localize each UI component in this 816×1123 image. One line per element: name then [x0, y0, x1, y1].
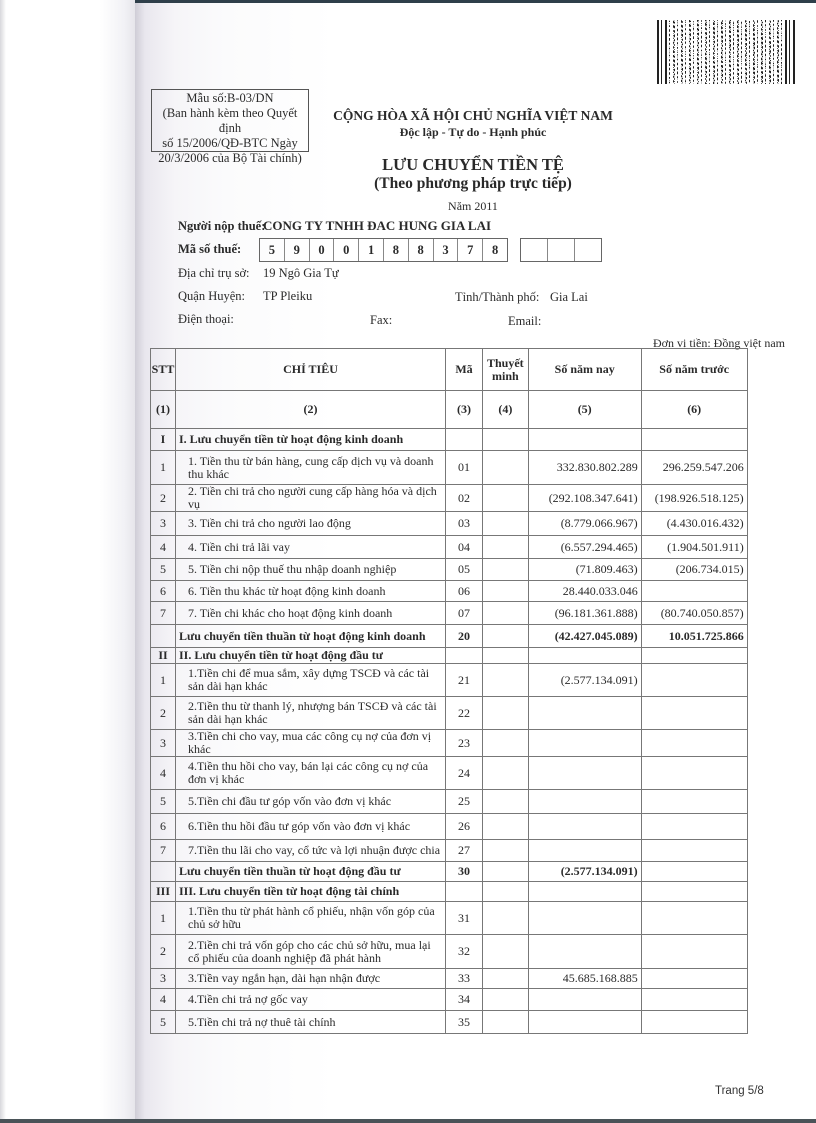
district-label: Quận Huyện: [178, 289, 245, 304]
taxpayer-label: Người nộp thuế: [178, 219, 265, 234]
row-current-year: (6.557.294.465) [528, 536, 641, 559]
table-row: 66. Tiền thu khác từ hoạt động kinh doan… [151, 581, 748, 602]
col-number-3: (3) [446, 391, 483, 429]
taxpayer-name: CONG TY TNHH ĐAC HUNG GIA LAI [263, 218, 491, 234]
row-current-year [528, 697, 641, 730]
row-code: 27 [446, 840, 483, 862]
republic-name: CỘNG HÒA XÃ HỘI CHỦ NGHĨA VIỆT NAM [318, 108, 628, 124]
row-note [483, 989, 529, 1011]
row-current-year [528, 882, 641, 902]
row-note [483, 451, 529, 485]
col-number-1: (1) [151, 391, 176, 429]
row-note [483, 730, 529, 757]
table-row: 22.Tiền chi trả vốn góp cho các chủ sở h… [151, 935, 748, 969]
table-row: 44. Tiền chi trả lãi vay04(6.557.294.465… [151, 536, 748, 559]
row-current-year: 28.440.033.046 [528, 581, 641, 602]
col-number-6: (6) [641, 391, 747, 429]
row-current-year [528, 648, 641, 664]
row-indicator: 6.Tiền thu hồi đầu tư góp vốn vào đơn vị… [176, 814, 446, 840]
row-code: 01 [446, 451, 483, 485]
email-label: Email: [508, 314, 541, 329]
row-indicator: 1. Tiền thu từ bán hàng, cung cấp dịch v… [176, 451, 446, 485]
tax-code-digit: 8 [483, 239, 507, 261]
document-year: Năm 2011 [318, 199, 628, 214]
row-previous-year [641, 814, 747, 840]
row-code: 20 [446, 625, 483, 648]
table-row: 11. Tiền thu từ bán hàng, cung cấp dịch … [151, 451, 748, 485]
row-current-year: (96.181.361.888) [528, 602, 641, 625]
row-code: 23 [446, 730, 483, 757]
national-header: CỘNG HÒA XÃ HỘI CHỦ NGHĨA VIỆT NAM Độc l… [318, 108, 628, 140]
row-current-year: (292.108.347.641) [528, 485, 641, 512]
row-current-year: 332.830.802.289 [528, 451, 641, 485]
row-note [483, 1011, 529, 1034]
row-previous-year: 10.051.725.866 [641, 625, 747, 648]
table-row: 11.Tiền thu từ phát hành cổ phiếu, nhận … [151, 902, 748, 935]
row-previous-year [641, 730, 747, 757]
table-row: 22. Tiền chi trả cho người cung cấp hàng… [151, 485, 748, 512]
row-note [483, 512, 529, 536]
row-indicator: 1.Tiền chi để mua sắm, xây dựng TSCĐ và … [176, 664, 446, 697]
row-previous-year [641, 935, 747, 969]
row-note [483, 429, 529, 451]
row-previous-year [641, 902, 747, 935]
row-current-year [528, 790, 641, 814]
subtotal-row: Lưu chuyển tiền thuần từ hoạt động đầu t… [151, 862, 748, 882]
2d-barcode [657, 20, 797, 84]
row-note [483, 536, 529, 559]
row-current-year [528, 902, 641, 935]
row-indicator: 4.Tiền chi trả nợ gốc vay [176, 989, 446, 1011]
row-stt: 5 [151, 1011, 176, 1034]
row-note [483, 902, 529, 935]
table-row: 77.Tiền thu lãi cho vay, cổ tức và lợi n… [151, 840, 748, 862]
row-current-year: (42.427.045.089) [528, 625, 641, 648]
row-current-year: (8.779.066.967) [528, 512, 641, 536]
row-indicator: 3. Tiền chi trả cho người lao động [176, 512, 446, 536]
tax-code-digit: 9 [285, 239, 310, 261]
row-note [483, 664, 529, 697]
header-indicator: CHỈ TIÊU [176, 349, 446, 391]
form-decision-line: (Ban hành kèm theo Quyết định [152, 106, 308, 136]
row-stt: 1 [151, 451, 176, 485]
row-code: 04 [446, 536, 483, 559]
phone-label: Điện thoại: [178, 312, 234, 327]
row-indicator: Lưu chuyển tiền thuần từ hoạt động kinh … [176, 625, 446, 648]
table-row: 33. Tiền chi trả cho người lao động03(8.… [151, 512, 748, 536]
republic-motto: Độc lập - Tự do - Hạnh phúc [318, 125, 628, 140]
row-code: 26 [446, 814, 483, 840]
row-stt: 6 [151, 814, 176, 840]
row-stt: 1 [151, 902, 176, 935]
table-column-number-row: (1) (2) (3) (4) (5) (6) [151, 391, 748, 429]
form-code: Mẫu số:B-03/DN [152, 91, 308, 106]
row-stt: 6 [151, 581, 176, 602]
row-code [446, 648, 483, 664]
table-row: 77. Tiền chi khác cho hoạt động kinh doa… [151, 602, 748, 625]
row-indicator: 2. Tiền chi trả cho người cung cấp hàng … [176, 485, 446, 512]
document-title: LƯU CHUYỂN TIỀN TỆ [318, 155, 628, 175]
row-current-year [528, 1011, 641, 1034]
row-current-year [528, 814, 641, 840]
row-previous-year [641, 581, 747, 602]
row-current-year: (2.577.134.091) [528, 862, 641, 882]
row-code: 35 [446, 1011, 483, 1034]
tax-code-digit: 8 [384, 239, 409, 261]
address-label: Địa chỉ trụ sở: [178, 266, 250, 281]
form-decision-date: 20/3/2006 của Bộ Tài chính) [152, 151, 308, 166]
row-previous-year [641, 840, 747, 862]
row-stt: 2 [151, 935, 176, 969]
row-code: 32 [446, 935, 483, 969]
row-indicator: 5. Tiền chi nộp thuế thu nhập doanh nghi… [176, 559, 446, 581]
tax-code-cells: 5900188378 [259, 238, 508, 262]
row-previous-year: 296.259.547.206 [641, 451, 747, 485]
scan-bottom-edge [0, 1119, 816, 1123]
row-current-year [528, 757, 641, 790]
row-code: 34 [446, 989, 483, 1011]
row-stt: 3 [151, 730, 176, 757]
cash-flow-table: STT CHỈ TIÊU Mã Thuyết minh Số năm nay S… [150, 348, 748, 1034]
row-current-year [528, 935, 641, 969]
section-row: IIIIII. Lưu chuyển tiền từ hoạt động tài… [151, 882, 748, 902]
header-stt: STT [151, 349, 176, 391]
row-indicator: II. Lưu chuyển tiền từ hoạt động đầu tư [176, 648, 446, 664]
table-row: 55. Tiền chi nộp thuế thu nhập doanh ngh… [151, 559, 748, 581]
row-indicator: 2.Tiền chi trả vốn góp cho các chủ sở hữ… [176, 935, 446, 969]
row-code: 24 [446, 757, 483, 790]
row-indicator: 3.Tiền vay ngắn hạn, dài hạn nhận được [176, 969, 446, 989]
row-current-year [528, 429, 641, 451]
form-reference-box: Mẫu số:B-03/DN (Ban hành kèm theo Quyết … [151, 89, 309, 152]
row-previous-year [641, 989, 747, 1011]
row-previous-year: (80.740.050.857) [641, 602, 747, 625]
row-code: 22 [446, 697, 483, 730]
table-row: 11.Tiền chi để mua sắm, xây dựng TSCĐ và… [151, 664, 748, 697]
row-code: 06 [446, 581, 483, 602]
row-stt: 2 [151, 697, 176, 730]
fax-label: Fax: [370, 313, 392, 328]
row-previous-year [641, 757, 747, 790]
subtotal-row: Lưu chuyển tiền thuần từ hoạt động kinh … [151, 625, 748, 648]
tax-code-digit: 0 [310, 239, 335, 261]
row-note [483, 602, 529, 625]
section-row: II. Lưu chuyển tiền từ hoạt động kinh do… [151, 429, 748, 451]
header-code: Mã [446, 349, 483, 391]
row-stt: III [151, 882, 176, 902]
row-stt: 3 [151, 969, 176, 989]
header-note: Thuyết minh [483, 349, 529, 391]
row-indicator: 4.Tiền thu hồi cho vay, bán lại các công… [176, 757, 446, 790]
row-code [446, 882, 483, 902]
col-number-4: (4) [483, 391, 529, 429]
table-row: 55.Tiền chi đầu tư góp vốn vào đơn vị kh… [151, 790, 748, 814]
col-number-2: (2) [176, 391, 446, 429]
table-row: 44.Tiền chi trả nợ gốc vay34 [151, 989, 748, 1011]
row-stt: 4 [151, 989, 176, 1011]
row-previous-year [641, 664, 747, 697]
row-stt: 4 [151, 536, 176, 559]
row-current-year: 45.685.168.885 [528, 969, 641, 989]
table-row: 33.Tiền chi cho vay, mua các công cụ nợ … [151, 730, 748, 757]
row-current-year [528, 989, 641, 1011]
row-stt: 3 [151, 512, 176, 536]
row-stt: II [151, 648, 176, 664]
row-previous-year [641, 790, 747, 814]
document-title-block: LƯU CHUYỂN TIỀN TỆ (Theo phương pháp trự… [318, 155, 628, 214]
row-stt: I [151, 429, 176, 451]
row-stt: 1 [151, 664, 176, 697]
tax-code-digit: 1 [359, 239, 384, 261]
row-previous-year: (198.926.518.125) [641, 485, 747, 512]
row-indicator: I. Lưu chuyển tiền từ hoạt động kinh doa… [176, 429, 446, 451]
row-previous-year [641, 1011, 747, 1034]
row-previous-year [641, 648, 747, 664]
row-note [483, 790, 529, 814]
row-stt: 2 [151, 485, 176, 512]
row-indicator: Lưu chuyển tiền thuần từ hoạt động đầu t… [176, 862, 446, 882]
col-number-5: (5) [528, 391, 641, 429]
page-number: Trang 5/8 [715, 1085, 764, 1097]
row-code: 05 [446, 559, 483, 581]
province-value: Gia Lai [550, 290, 588, 305]
row-code: 03 [446, 512, 483, 536]
header-current-year: Số năm nay [528, 349, 641, 391]
adjacent-page-edge [0, 0, 135, 1123]
address-value: 19 Ngô Gia Tự [263, 266, 339, 281]
row-note [483, 559, 529, 581]
row-stt [151, 862, 176, 882]
row-note [483, 648, 529, 664]
row-note [483, 882, 529, 902]
row-code: 25 [446, 790, 483, 814]
row-note [483, 935, 529, 969]
tax-code-digit: 8 [409, 239, 434, 261]
row-note [483, 814, 529, 840]
row-current-year [528, 730, 641, 757]
row-code: 21 [446, 664, 483, 697]
row-code: 30 [446, 862, 483, 882]
row-indicator: 2.Tiền thu từ thanh lý, nhượng bán TSCĐ … [176, 697, 446, 730]
header-previous-year: Số năm trước [641, 349, 747, 391]
row-indicator: 4. Tiền chi trả lãi vay [176, 536, 446, 559]
row-stt: 5 [151, 790, 176, 814]
row-indicator: III. Lưu chuyển tiền từ hoạt động tài ch… [176, 882, 446, 902]
row-note [483, 697, 529, 730]
row-note [483, 581, 529, 602]
row-indicator: 5.Tiền chi đầu tư góp vốn vào đơn vị khá… [176, 790, 446, 814]
row-current-year: (2.577.134.091) [528, 664, 641, 697]
row-code: 31 [446, 902, 483, 935]
row-previous-year [641, 429, 747, 451]
row-note [483, 485, 529, 512]
row-previous-year: (1.904.501.911) [641, 536, 747, 559]
row-stt: 5 [151, 559, 176, 581]
tax-code-label: Mã số thuế: [178, 242, 241, 257]
district-value: TP Pleiku [263, 289, 312, 304]
row-previous-year [641, 882, 747, 902]
table-row: 44.Tiền thu hồi cho vay, bán lại các côn… [151, 757, 748, 790]
row-code: 33 [446, 969, 483, 989]
row-indicator: 7.Tiền thu lãi cho vay, cổ tức và lợi nh… [176, 840, 446, 862]
row-previous-year [641, 969, 747, 989]
table-row: 55.Tiền chi trả nợ thuê tài chính35 [151, 1011, 748, 1034]
row-indicator: 7. Tiền chi khác cho hoạt động kinh doan… [176, 602, 446, 625]
row-indicator: 3.Tiền chi cho vay, mua các công cụ nợ c… [176, 730, 446, 757]
row-current-year: (71.809.463) [528, 559, 641, 581]
row-indicator: 5.Tiền chi trả nợ thuê tài chính [176, 1011, 446, 1034]
table-row: 66.Tiền thu hồi đầu tư góp vốn vào đơn v… [151, 814, 748, 840]
tax-code-digit: 7 [458, 239, 483, 261]
row-stt: 7 [151, 840, 176, 862]
row-indicator: 6. Tiền thu khác từ hoạt động kinh doanh [176, 581, 446, 602]
row-indicator: 1.Tiền thu từ phát hành cổ phiếu, nhận v… [176, 902, 446, 935]
row-code: 02 [446, 485, 483, 512]
table-row: 33.Tiền vay ngắn hạn, dài hạn nhận được3… [151, 969, 748, 989]
row-previous-year [641, 697, 747, 730]
row-note [483, 969, 529, 989]
tax-code-branch-cells [520, 238, 602, 262]
tax-code-digit: 3 [434, 239, 459, 261]
row-stt: 7 [151, 602, 176, 625]
row-previous-year [641, 862, 747, 882]
row-previous-year: (4.430.016.432) [641, 512, 747, 536]
row-note [483, 625, 529, 648]
row-code: 07 [446, 602, 483, 625]
row-note [483, 840, 529, 862]
row-stt: 4 [151, 757, 176, 790]
row-stt [151, 625, 176, 648]
section-row: IIII. Lưu chuyển tiền từ hoạt động đầu t… [151, 648, 748, 664]
table-row: 22.Tiền thu từ thanh lý, nhượng bán TSCĐ… [151, 697, 748, 730]
row-current-year [528, 840, 641, 862]
row-note [483, 862, 529, 882]
province-label: Tỉnh/Thành phố: [455, 290, 539, 305]
table-header-row: STT CHỈ TIÊU Mã Thuyết minh Số năm nay S… [151, 349, 748, 391]
row-previous-year: (206.734.015) [641, 559, 747, 581]
row-note [483, 757, 529, 790]
tax-code-digit: 0 [334, 239, 359, 261]
form-decision-number: số 15/2006/QĐ-BTC Ngày [152, 136, 308, 151]
document-subtitle: (Theo phương pháp trực tiếp) [318, 175, 628, 193]
row-code [446, 429, 483, 451]
tax-code-digit: 5 [260, 239, 285, 261]
